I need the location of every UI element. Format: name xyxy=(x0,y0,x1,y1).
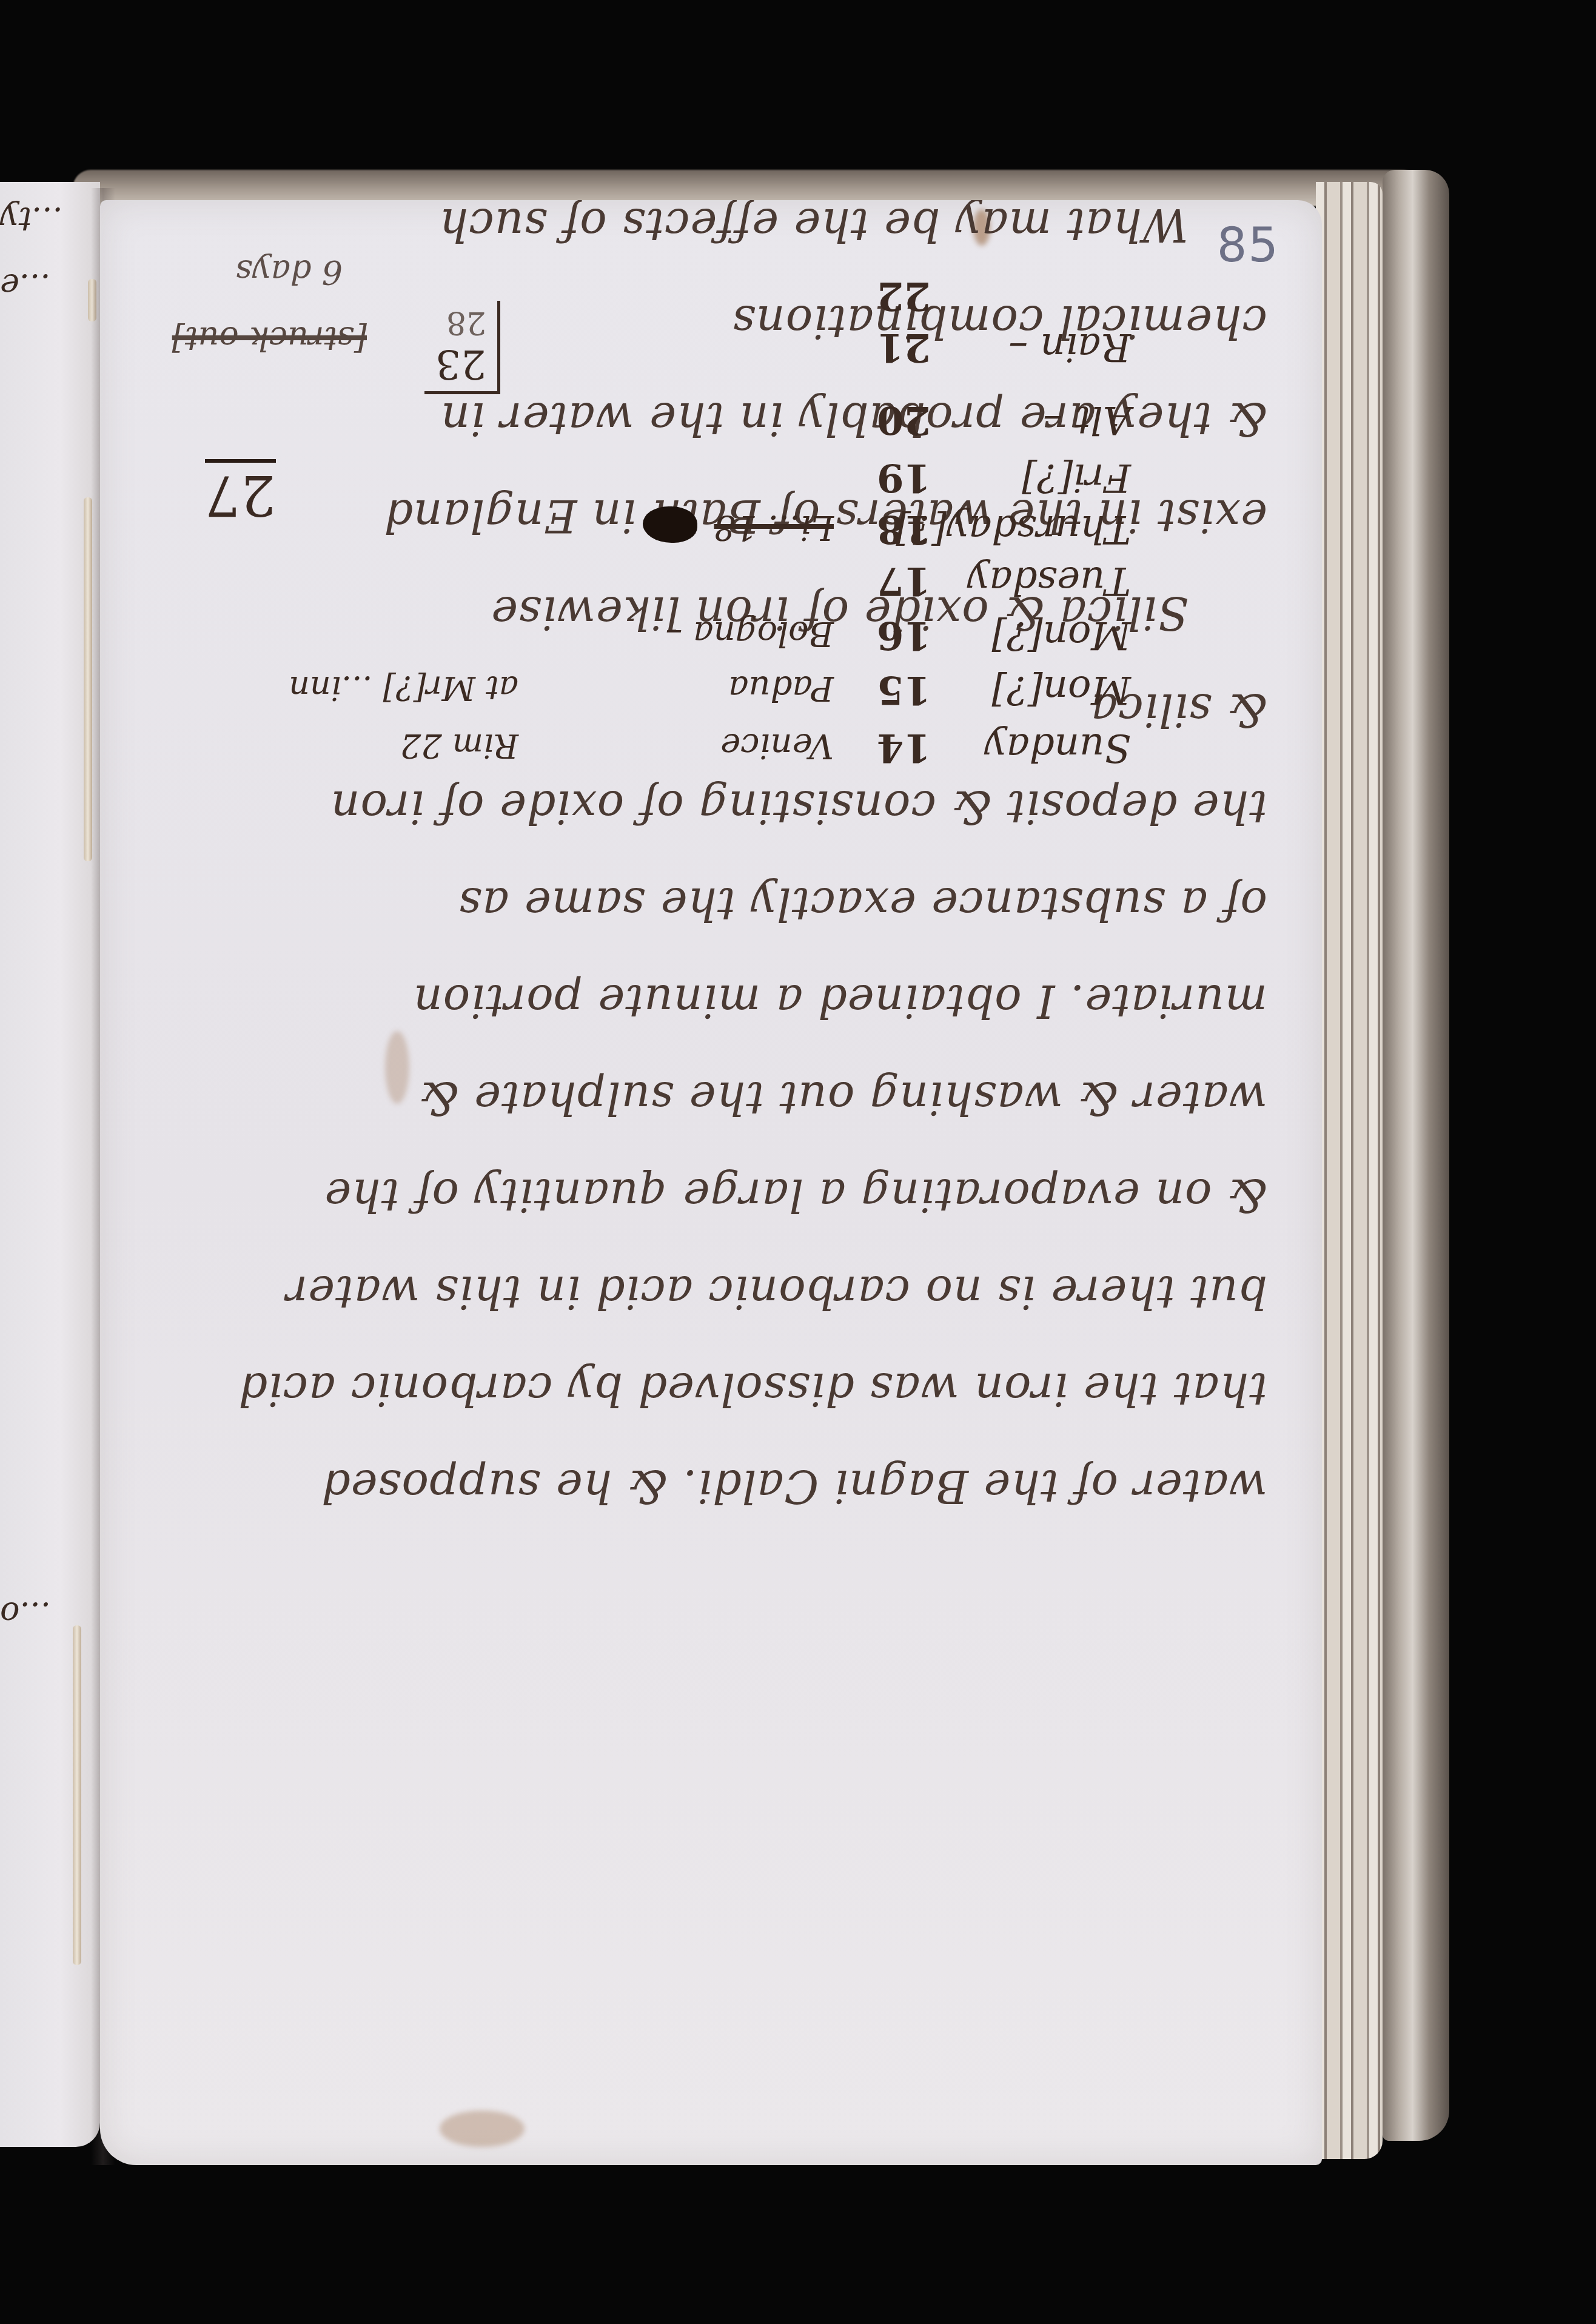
itinerary-day: Mon[?] xyxy=(931,667,1131,712)
itinerary-date: 15 xyxy=(834,667,931,713)
bracket-number: 28 xyxy=(435,304,486,341)
itinerary-total: 27 xyxy=(205,459,276,528)
itinerary-row: Mon[?] 15 Padua at Mr[?] ...inn xyxy=(289,667,1131,713)
left-page-fragment: ...e xyxy=(0,267,50,305)
itinerary-row: Rain – 21 xyxy=(834,324,1131,370)
itinerary-row: 22 xyxy=(834,273,1131,318)
ink-blot xyxy=(643,507,697,543)
binding-stitch xyxy=(73,1625,81,1965)
itinerary-place: Li... 18 xyxy=(518,507,834,548)
bracketed-dates: 23 28 xyxy=(424,301,500,394)
page-edges xyxy=(1316,182,1383,2159)
itinerary-date: 22 xyxy=(834,273,931,318)
itinerary-date: 14 xyxy=(834,725,931,770)
facing-left-page: ...ty ...e ...o xyxy=(0,182,100,2147)
itinerary-day: Thursday[?] xyxy=(931,506,1131,551)
bracket-note: 6 days xyxy=(235,253,343,291)
itinerary-note: at Mr[?] ...inn xyxy=(289,669,518,707)
struck-place: Li... 18 xyxy=(714,508,834,547)
itinerary-place: Padua xyxy=(518,668,834,708)
itinerary-place: Bologna – xyxy=(518,614,834,653)
itinerary-date: 18 xyxy=(834,506,931,552)
itinerary-table: Sunday 14 Venice Rim 22 Mon[?] 15 Padua … xyxy=(136,237,1131,770)
itinerary-row: Tuesday 17 xyxy=(834,558,1131,603)
vellum-binding xyxy=(1383,170,1449,2141)
itinerary-day: Tuesday xyxy=(931,558,1131,603)
prose-line: but there is no carbonic acid in this wa… xyxy=(136,1243,1267,1340)
left-page-fragment: ...ty xyxy=(0,200,63,238)
manuscript-page: 85 water of the Bagni Caldi. & he suppos… xyxy=(100,200,1322,2165)
itinerary-row: Sunday 14 Venice Rim 22 xyxy=(400,725,1131,770)
itinerary-date: 17 xyxy=(834,558,931,603)
itinerary-row: Fri[?] 19 xyxy=(834,455,1131,500)
left-page-fragment: ...o xyxy=(0,1595,51,1633)
itinerary-day: Sunday xyxy=(931,725,1131,770)
prose-line: water of the Bagni Caldi. & he supposed xyxy=(136,1437,1267,1534)
itinerary-day: Fri[?] xyxy=(931,455,1131,500)
itinerary-day: Mon[?] xyxy=(931,613,1131,657)
itinerary-note: Rim 22 xyxy=(400,727,518,765)
itinerary-day: Alt – xyxy=(931,397,1131,442)
itinerary-date: 16 xyxy=(834,613,931,658)
prose-line: & on evaporating a large quantity of the xyxy=(136,1146,1267,1243)
prose-line: muriate. I obtained a minute portion xyxy=(136,952,1267,1049)
itinerary-date: 20 xyxy=(834,397,931,443)
itinerary-date: 21 xyxy=(834,324,931,370)
prose-line: water & washing out the sulphate & xyxy=(136,1049,1267,1146)
itinerary-row: Thursday[?] 18 Li... 18 xyxy=(518,506,1131,552)
prose-line: of a substance exactly the same as xyxy=(136,855,1267,952)
itinerary-row: Mon[?] 16 Bologna – xyxy=(518,613,1131,658)
prose-line: the deposit & consisting of oxide of iro… xyxy=(136,758,1267,855)
bracket-number: 23 xyxy=(435,341,486,388)
itinerary-date: 19 xyxy=(834,455,931,500)
itinerary-day: Rain – xyxy=(931,324,1131,369)
inverted-content: water of the Bagni Caldi. & he supposed … xyxy=(100,200,1322,2165)
itinerary-place: Venice xyxy=(518,726,834,765)
struck-out-word: [struck out] xyxy=(172,320,367,358)
itinerary-row: Alt – 20 xyxy=(834,397,1131,443)
prose-line: that the iron was dissolved by carbonic … xyxy=(136,1340,1267,1437)
